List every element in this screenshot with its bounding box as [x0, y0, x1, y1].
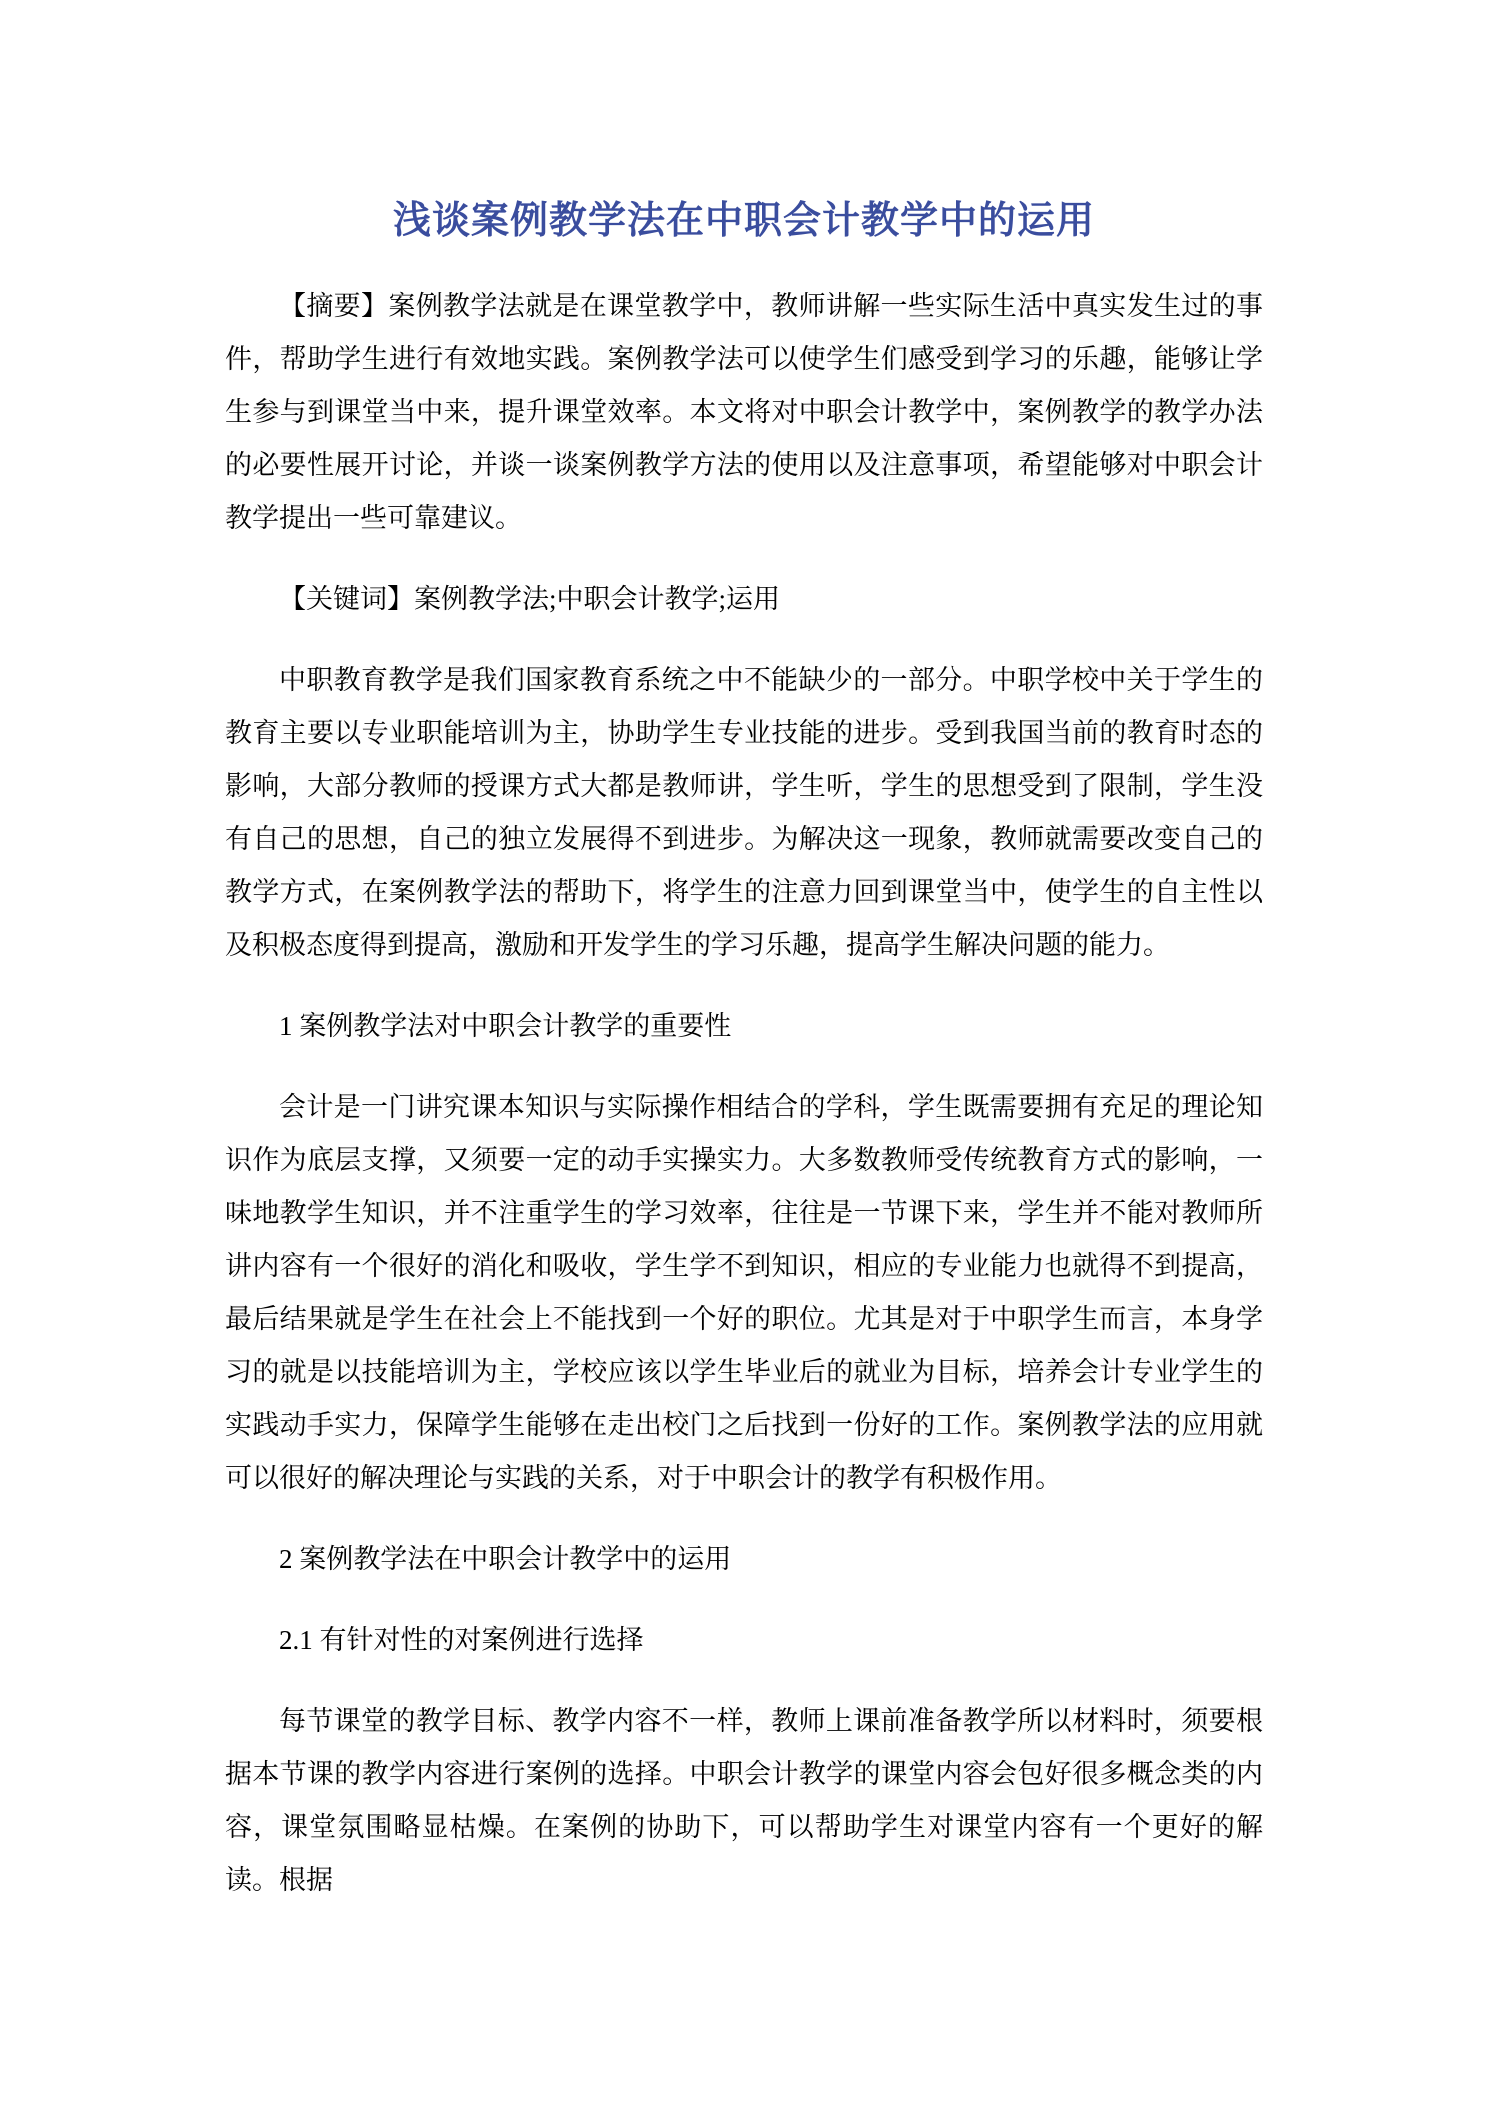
abstract-paragraph: 【摘要】案例教学法就是在课堂教学中，教师讲解一些实际生活中真实发生过的事件，帮助…: [225, 280, 1263, 545]
document-page: 浅谈案例教学法在中职会计教学中的运用 【摘要】案例教学法就是在课堂教学中，教师讲…: [0, 0, 1488, 2105]
intro-paragraph: 中职教育教学是我们国家教育系统之中不能缺少的一部分。中职学校中关于学生的教育主要…: [225, 654, 1263, 972]
section-1-paragraph: 会计是一门讲究课本知识与实际操作相结合的学科，学生既需要拥有充足的理论知识作为底…: [225, 1081, 1263, 1505]
section-2-1-heading: 2.1 有针对性的对案例进行选择: [225, 1614, 1263, 1667]
keywords-paragraph: 【关键词】案例教学法;中职会计教学;运用: [225, 573, 1263, 626]
section-1-heading: 1 案例教学法对中职会计教学的重要性: [225, 1000, 1263, 1053]
section-2-heading: 2 案例教学法在中职会计教学中的运用: [225, 1533, 1263, 1586]
section-2-1-paragraph: 每节课堂的教学目标、教学内容不一样，教师上课前准备教学所以材料时，须要根据本节课…: [225, 1695, 1263, 1907]
document-title: 浅谈案例教学法在中职会计教学中的运用: [225, 196, 1263, 246]
